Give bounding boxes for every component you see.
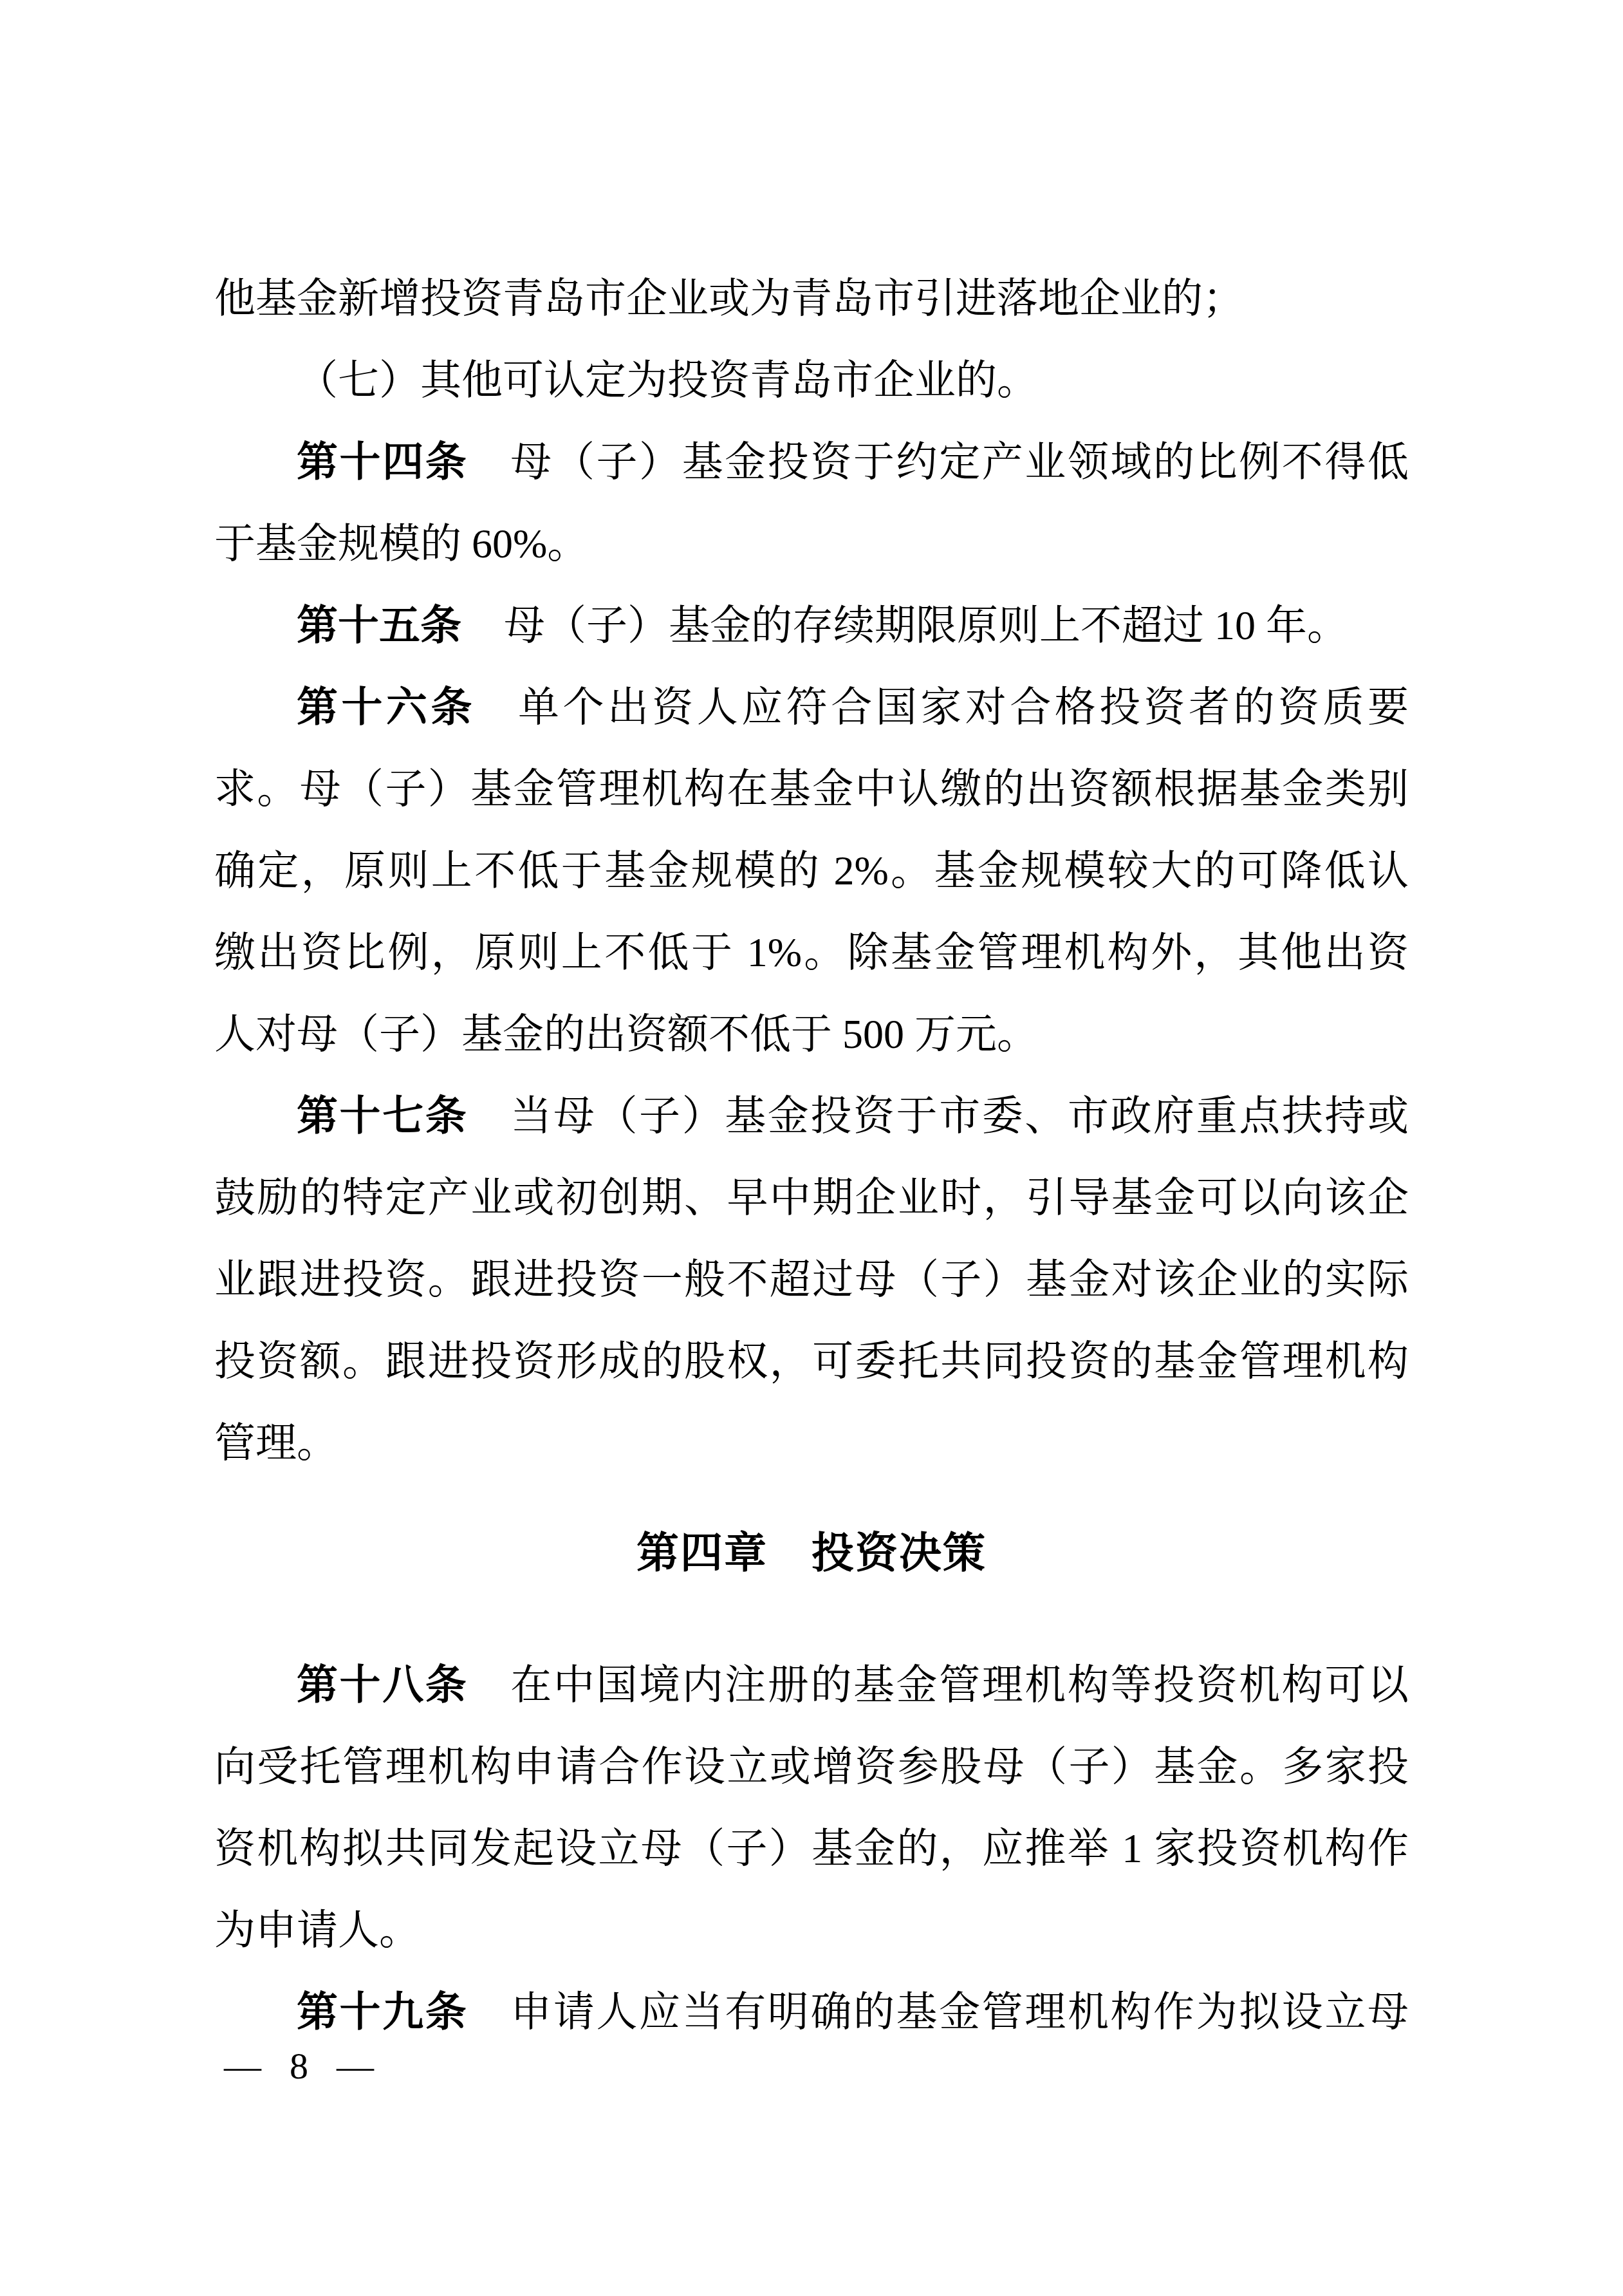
article-number: 第十六条 — [297, 684, 476, 730]
article-line: 第十五条母（子）基金的存续期限原则上不超过 10 年。 — [214, 584, 1409, 666]
chapter-heading: 第四章 投资决策 — [214, 1513, 1409, 1594]
text-line: 为申请人。 — [214, 1889, 1409, 1971]
article-number: 第十四条 — [297, 438, 468, 485]
article-line: 第十七条当母（子）基金投资于市委、市政府重点扶持或 — [214, 1075, 1409, 1157]
text-line: 投资额。跟进投资形成的股权，可委托共同投资的基金管理机构 — [214, 1320, 1409, 1402]
line-text: 确定，原则上不低于基金规模的 2%。基金规模较大的可降低认 — [214, 848, 1409, 893]
line-text: 单个出资人应符合国家对合格投资者的资质要 — [518, 684, 1409, 730]
line-text: 求。母（子）基金管理机构在基金中认缴的出资额根据基金类别 — [214, 766, 1409, 812]
document-page: 他基金新增投资青岛市企业或为青岛市引进落地企业的；（七）其他可认定为投资青岛市企… — [0, 0, 1623, 2296]
line-text: 管理。 — [214, 1420, 338, 1466]
line-text: 为申请人。 — [214, 1907, 420, 1953]
page-number: 8 — [290, 2045, 308, 2087]
text-line: 缴出资比例，原则上不低于 1%。除基金管理机构外，其他出资 — [214, 911, 1409, 993]
text-line: 管理。 — [214, 1402, 1409, 1484]
line-text: 资机构拟共同发起设立母（子）基金的，应推举 1 家投资机构作 — [214, 1825, 1409, 1871]
line-text: 缴出资比例，原则上不低于 1%。除基金管理机构外，其他出资 — [214, 929, 1409, 975]
article-number: 第十五条 — [297, 602, 461, 648]
line-text: 母（子）基金投资于约定产业领域的比例不得低 — [510, 439, 1409, 485]
line-text: 当母（子）基金投资于市委、市政府重点扶持或 — [510, 1093, 1409, 1139]
text-line: 向受托管理机构申请合作设立或增资参股母（子）基金。多家投 — [214, 1726, 1409, 1807]
line-text: 业跟进投资。跟进投资一般不超过母（子）基金对该企业的实际 — [214, 1256, 1409, 1302]
text-line: 业跟进投资。跟进投资一般不超过母（子）基金对该企业的实际 — [214, 1238, 1409, 1320]
line-text: 鼓励的特定产业或初创期、早中期企业时，引导基金可以向该企 — [214, 1175, 1409, 1220]
article-number: 第十九条 — [297, 1988, 468, 2035]
text-line: 他基金新增投资青岛市企业或为青岛市引进落地企业的； — [214, 257, 1409, 339]
line-text: 向受托管理机构申请合作设立或增资参股母（子）基金。多家投 — [214, 1744, 1409, 1789]
lines-bottom: 第十八条在中国境内注册的基金管理机构等投资机构可以向受托管理机构申请合作设立或增… — [214, 1644, 1409, 2053]
body-text: 他基金新增投资青岛市企业或为青岛市引进落地企业的；（七）其他可认定为投资青岛市企… — [214, 257, 1409, 2053]
lines-top: 他基金新增投资青岛市企业或为青岛市引进落地企业的；（七）其他可认定为投资青岛市企… — [214, 257, 1409, 1484]
article-line: 第十八条在中国境内注册的基金管理机构等投资机构可以 — [214, 1644, 1409, 1726]
line-text: 他基金新增投资青岛市企业或为青岛市引进落地企业的； — [214, 275, 1244, 321]
footer-dash-right: — — [337, 2045, 374, 2087]
line-text: （七）其他可认定为投资青岛市企业的。 — [297, 357, 1038, 403]
line-text: 人对母（子）基金的出资额不低于 500 万元。 — [214, 1011, 1038, 1057]
footer-dash-left: — — [224, 2045, 261, 2087]
text-line: 人对母（子）基金的出资额不低于 500 万元。 — [214, 993, 1409, 1075]
text-line: 鼓励的特定产业或初创期、早中期企业时，引导基金可以向该企 — [214, 1157, 1409, 1238]
article-number: 第十七条 — [297, 1092, 468, 1139]
article-line: 第十四条母（子）基金投资于约定产业领域的比例不得低 — [214, 421, 1409, 503]
text-line: 资机构拟共同发起设立母（子）基金的，应推举 1 家投资机构作 — [214, 1807, 1409, 1889]
text-line: 于基金规模的 60%。 — [214, 503, 1409, 584]
text-line: 确定，原则上不低于基金规模的 2%。基金规模较大的可降低认 — [214, 830, 1409, 911]
line-text: 在中国境内注册的基金管理机构等投资机构可以 — [510, 1662, 1409, 1708]
text-line: （七）其他可认定为投资青岛市企业的。 — [214, 339, 1409, 421]
text-line: 求。母（子）基金管理机构在基金中认缴的出资额根据基金类别 — [214, 748, 1409, 830]
line-text: 投资额。跟进投资形成的股权，可委托共同投资的基金管理机构 — [214, 1338, 1409, 1384]
article-line: 第十六条单个出资人应符合国家对合格投资者的资质要 — [214, 666, 1409, 748]
line-text: 于基金规模的 60%。 — [214, 521, 588, 566]
line-text: 母（子）基金的存续期限原则上不超过 10 年。 — [504, 602, 1348, 648]
page-footer: —8— — [224, 2047, 374, 2086]
article-line: 第十九条申请人应当有明确的基金管理机构作为拟设立母 — [214, 1971, 1409, 2053]
line-text: 申请人应当有明确的基金管理机构作为拟设立母 — [510, 1989, 1409, 2035]
article-number: 第十八条 — [297, 1661, 468, 1708]
